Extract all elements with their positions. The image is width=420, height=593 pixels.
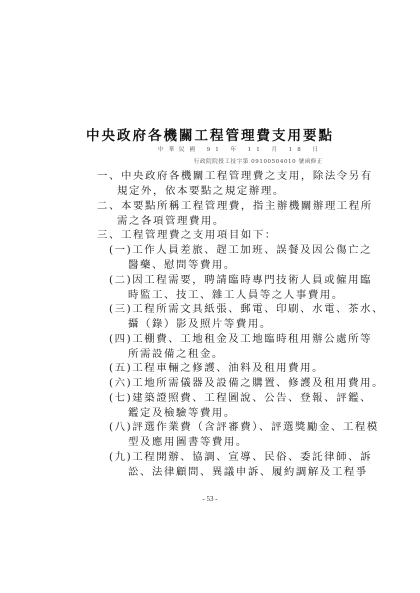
text-line: (一)工作人員差旅、趕工加班、誤餐及因公傷亡之 <box>109 244 372 256</box>
reference-number: 行政院院授工技字第 09100504010 號函修正 <box>194 157 323 165</box>
document-title: 中央政府各機關工程管理費支用要點 <box>0 124 420 144</box>
text-line: 所需設備之租金。 <box>128 348 224 360</box>
text-line: (四)工棚費、工地租金及工地臨時租用辦公處所等 <box>109 333 372 345</box>
text-line: (二)因工程需要，聘請臨時專門技術人員或僱用臨 <box>109 274 372 286</box>
text-line: 醫藥、慰問等費用。 <box>128 259 236 271</box>
promulgation-date: 中華民國 91 年 11 月 18 日 <box>158 145 323 153</box>
text-line: 三、工程管理費之支用項目如下： <box>97 229 277 241</box>
text-line: (九)工程開辦、協調、宣導、民俗、委託律師、訴 <box>109 451 372 463</box>
text-line: 攝（錄）影及照片等費用。 <box>128 318 272 330</box>
text-line: 鑑定及檢驗等費用。 <box>128 407 236 419</box>
text-line: 時監工、技工、雜工人員等之人事費用。 <box>128 289 344 301</box>
text-line: (八)評選作業費（含評審費）、評選獎勵金、工程模 <box>109 421 379 433</box>
document-page: 中央政府各機關工程管理費支用要點 中華民國 91 年 11 月 18 日 行政院… <box>0 0 420 593</box>
text-line: (三)工程所需文具紙張、郵電、印刷、水電、茶水、 <box>109 303 384 315</box>
text-line: 訟、法律顧問、異議申訴、履約調解及工程爭 <box>128 466 368 478</box>
text-line: (七)建築證照費、工程圖說、公告、登報、評鑑、 <box>109 392 372 404</box>
text-line: (六)工地所需儀器及設備之購置、修護及租用費用。 <box>109 377 384 389</box>
text-line: 型及應用圖書等費用。 <box>128 436 248 448</box>
text-line: 規定外，依本要點之規定辦理。 <box>117 185 285 197</box>
page-number: - 53 - <box>0 495 420 503</box>
text-line: 一、中央政府各機關工程管理費之支用，除法令另有 <box>97 170 373 182</box>
text-line: (五)工程車輛之修護、油料及租用費用。 <box>109 362 324 374</box>
text-line: 二、本要點所稱工程管理費，指主辦機關辦理工程所 <box>97 200 373 212</box>
text-line: 需之各項管理費用。 <box>117 215 225 227</box>
